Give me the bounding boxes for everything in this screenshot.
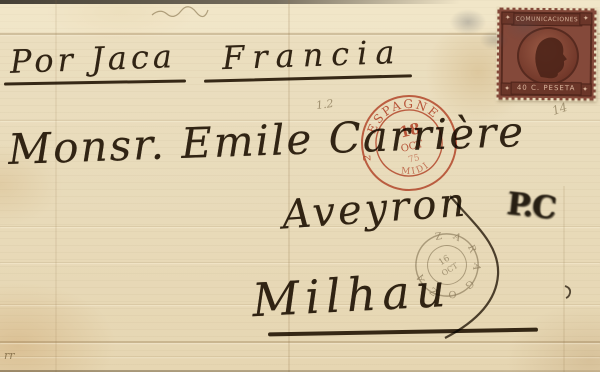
fold-crease-vertical (563, 186, 565, 372)
postal-cover: Por Jaca Francia ESPAGNE MIDI 18 OCT 75 … (0, 0, 600, 372)
postage-stamp: COMUNICACIONES ✦ ✦ ✦ ✦ 40 C. PESETA (497, 7, 597, 100)
handwritten-route-country: Francia (221, 33, 403, 77)
stamp-portrait-oval (517, 27, 580, 86)
handwritten-city: Milhau (251, 263, 453, 327)
ink-tick (562, 284, 576, 300)
pencil-note-corner: rr (4, 349, 15, 362)
king-profile-silhouette (521, 31, 576, 82)
photo-top-edge (0, 0, 460, 4)
stamp-top-inscription: COMUNICACIONES (511, 13, 582, 27)
route-via-underline (4, 79, 186, 85)
fold-crease (0, 356, 600, 357)
handwritten-route-via: Por Jaca (9, 37, 176, 81)
stamp-corner-ornament: ✦ (579, 12, 592, 25)
pencil-scribble (150, 4, 212, 20)
stamp-value-inscription: 40 C. PESETA (511, 82, 582, 96)
stamp-corner-ornament: ✦ (501, 12, 514, 25)
pencil-note-right: 14 (550, 100, 569, 118)
pencil-note-left: 1.2 (315, 97, 334, 112)
